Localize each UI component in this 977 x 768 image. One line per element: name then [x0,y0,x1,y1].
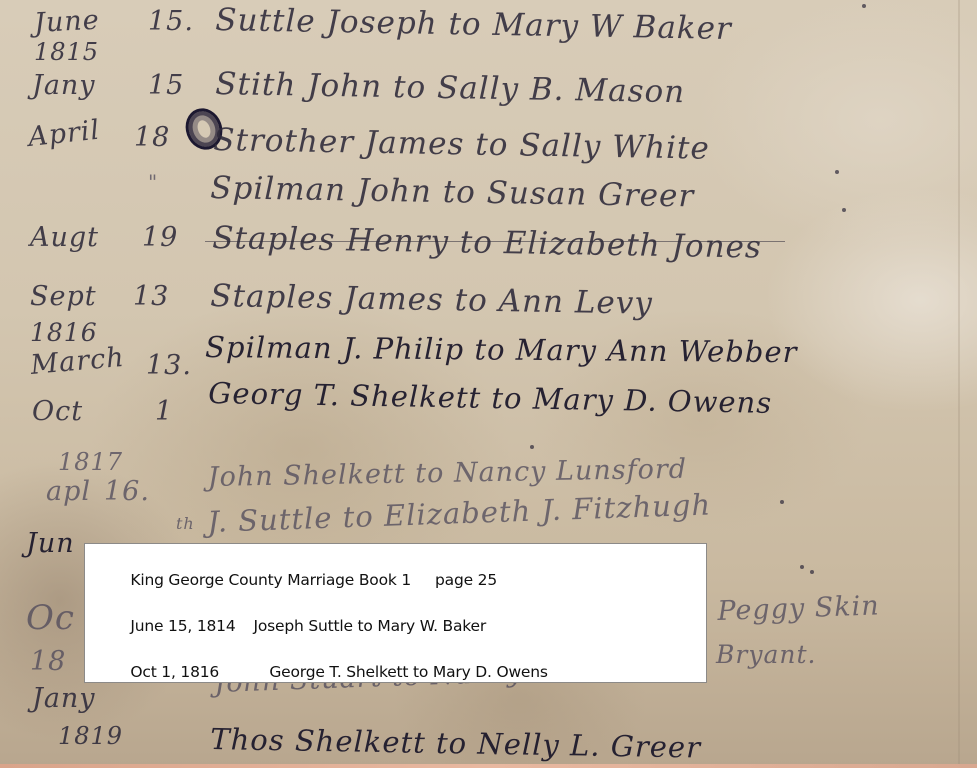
register-date: apl [46,476,91,507]
ink-speck [842,208,846,212]
ink-speck [810,570,814,574]
register-day: 19 [142,222,178,253]
caption-record-names: George T. Shelkett to Mary D. Owens [269,663,547,681]
page-edge-line [958,0,960,768]
register-entry: J. Suttle to Elizabeth J. Fitzhugh [207,487,712,539]
register-date: Jany [32,70,96,101]
register-date: April [27,115,102,153]
register-year: 1815 [34,38,99,66]
ink-speck [800,565,804,569]
transcription-caption-box: King George County Marriage Book 1page 2… [84,543,707,683]
register-entry: Suttle Joseph to Mary W Baker [215,2,732,47]
register-year: 1817 [58,448,123,476]
register-entry: John Shelkett to Nancy Lunsford [207,454,687,493]
strike-through-line [205,241,785,242]
register-year: 18 [30,646,66,677]
ink-speck [862,4,866,8]
ditto-mark: " [148,170,158,194]
ink-speck [530,445,534,449]
register-date: Augt [30,222,99,253]
register-day: th [176,514,195,533]
register-entry: Strother James to Sally White [213,122,710,167]
photo-bottom-edge [0,764,977,768]
register-date: Oc [26,598,75,638]
register-entry: Staples James to Ann Levy [210,278,653,322]
register-entry: Spilman John to Susan Greer [210,170,695,214]
register-entry: Staples Henry to Elizabeth Jones [212,220,762,266]
register-year: 1816 [30,318,98,347]
caption-record-names: Joseph Suttle to Mary W. Baker [253,617,486,635]
register-date: Sept [30,281,97,312]
register-day: 15 [148,70,184,101]
register-day: 18 [134,122,170,153]
register-entry: Peggy Skin [717,590,880,627]
caption-record-line: Oct 1, 1816George T. Shelkett to Mary D.… [102,645,548,699]
register-date: June [33,5,100,39]
register-day: 13 [133,281,169,312]
register-day: 1 [155,396,173,427]
register-year: 1819 [58,722,123,750]
caption-record-date: June 15, 1814 [130,617,235,635]
ink-speck [780,500,784,504]
register-entry: Stith John to Sally B. Mason [215,66,685,110]
ink-speck [835,170,839,174]
register-entry: Spilman J. Philip to Mary Ann Webber [205,330,798,369]
caption-page-label: page 25 [435,571,497,589]
register-date: Oct [32,396,83,427]
register-day: 13. [146,350,192,381]
caption-title: King George County Marriage Book 1 [130,571,411,589]
register-entry: Bryant. [716,640,816,669]
register-date: Jany [32,683,96,714]
register-day: 16. [104,476,150,507]
register-date: March [29,342,126,381]
register-date: Jun [26,528,75,559]
register-page-photo: June 1815 Jany April Augt Sept 1816 Marc… [0,0,977,768]
caption-record-date: Oct 1, 1816 [130,663,269,681]
register-entry: Thos Shelkett to Nelly L. Greer [210,722,701,765]
register-day: 15. [148,6,194,37]
register-entry: Georg T. Shelkett to Mary D. Owens [208,376,772,420]
